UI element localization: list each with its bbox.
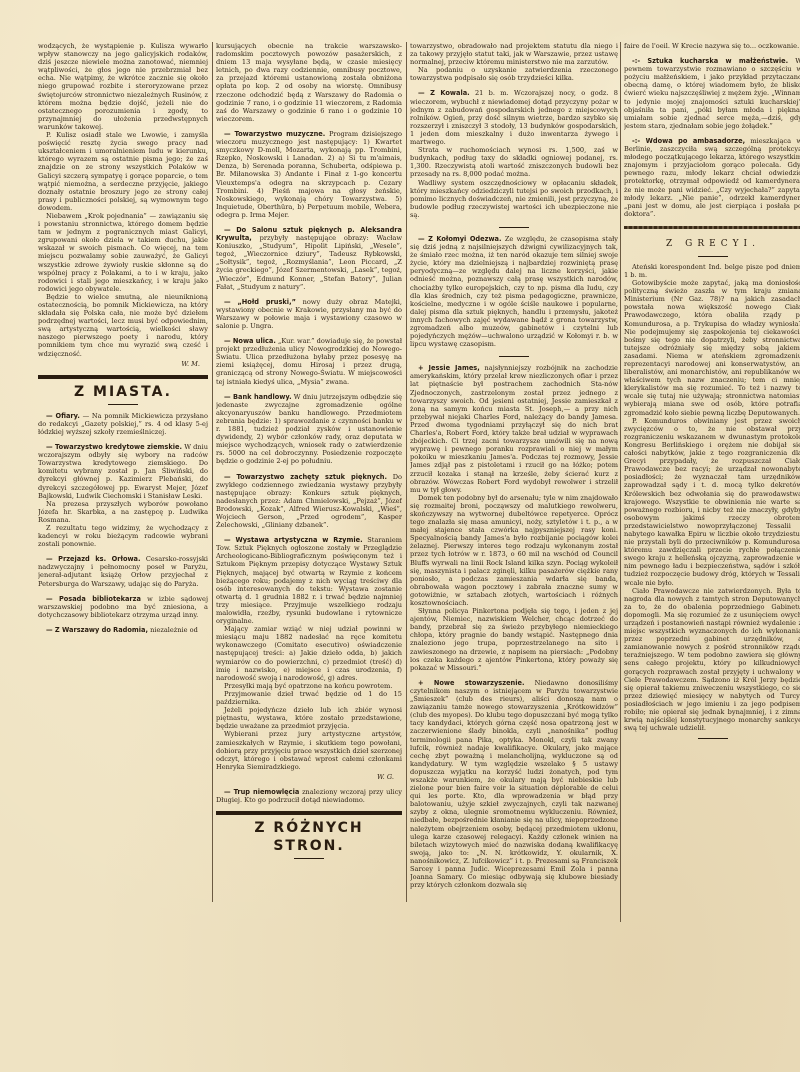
news-item-title: + Jessie James, xyxy=(418,364,480,372)
news-item: — Towarzystwo kredytowe ziemskie. W dniu… xyxy=(38,443,208,500)
news-item: — „Hołd pruski,” nowy duży obraz Matejki… xyxy=(216,298,402,330)
news-item-title: — Z Warszawy do Radomia, xyxy=(46,626,148,634)
news-item-text: niezależnie od xyxy=(150,626,198,634)
short-rule xyxy=(698,256,728,257)
section-title-z-grecyi: Z GRECYI. xyxy=(624,235,800,253)
news-item-title: — Trup niemowlęcia xyxy=(224,788,299,796)
news-item: — Ofiary. — Na pomnik Mickiewicza przysł… xyxy=(38,412,208,436)
news-item-text: najsłynniejszy rozbójnik na zachodzie am… xyxy=(410,364,618,493)
signature: W. G. xyxy=(216,773,402,781)
article-paragraph: P. Kulisz osiadł stale we Lwowie, i zamy… xyxy=(38,131,208,212)
news-item-text: przybyły następujące obrazy: Wacław Koni… xyxy=(216,234,402,291)
signature: W. M. xyxy=(38,360,208,368)
news-item-title: — Wystawa artystyczna w Rzymie. xyxy=(224,536,363,544)
news-item-title: — Towarzystwo zachęty sztuk pięknych. xyxy=(224,473,387,481)
short-rule xyxy=(499,227,529,228)
news-item: — Z Kołomyi Odezwa. Ze względu, że czaso… xyxy=(410,235,618,348)
news-item-continuation: Przesyłki mają być opatrzone na końcu po… xyxy=(216,682,402,690)
news-item: — Trup niemowlęcia znaleziony wczoraj pr… xyxy=(216,788,402,804)
news-item-continuation: Wadliwy system oszczędnościowy w opłacan… xyxy=(410,179,618,219)
news-item-title: — Z Kowala. xyxy=(418,89,470,97)
news-item-title: — Towarzystwo muzyczne. xyxy=(224,130,325,138)
short-rule xyxy=(499,356,529,357)
news-item: -:- Wdowa po ambasadorze, mieszkająca w … xyxy=(624,137,800,218)
article-paragraph: P. Komunduros obwiniany jest przez swoic… xyxy=(624,417,800,587)
news-item-text: mieszkająca w Berlinie, zaszczyciła swą … xyxy=(624,137,800,218)
news-item-continuation: Domek ten podobny był do arsenału; tyle … xyxy=(410,494,618,607)
column-4: faire de l'oeil. W Krecie nazywa się to.… xyxy=(624,42,800,922)
news-item-text: „Kur. war.” dowiaduje się, że powstał pr… xyxy=(216,337,402,385)
news-item: — Do Salonu sztuk pięknych p. Aleksandra… xyxy=(216,226,402,291)
news-item: + Jessie James, najsłynniejszy rozbójnik… xyxy=(410,364,618,494)
article-paragraph: Ciało Prawodawcze nie zatwierdzonych. By… xyxy=(624,587,800,733)
end-rule xyxy=(698,738,728,739)
news-item-text: 21 b. m. Wczorajszej nocy, o godz. 8 wie… xyxy=(410,89,618,146)
news-item-title: + Nowe stowarzyszenie. xyxy=(418,679,524,687)
news-item-continuation: Słynna policya Pinkertona podjęła się te… xyxy=(410,607,618,672)
news-item-title: — „Hołd pruski,” xyxy=(224,298,296,306)
article-paragraph: faire de l'oeil. W Krecie nazywa się to.… xyxy=(624,42,800,50)
column-1: wodzących, że wystąpienie p. Kulisza wyw… xyxy=(38,42,208,892)
news-item-title: — Bank handlowy. xyxy=(224,393,292,401)
news-item-title: — Z Kołomyi Odezwa. xyxy=(418,235,502,243)
newspaper-page: wodzących, że wystąpienie p. Kulisza wyw… xyxy=(0,0,800,1072)
section-rule xyxy=(216,811,402,815)
news-item-continuation: Z rezultatu tego widzimy, że wychodzący … xyxy=(38,524,208,548)
news-item-text: W pewnem towarzystwie rozmawiano o szczę… xyxy=(624,57,800,130)
news-item-continuation: Jeżeli pojedyńcze dzieło lub ich zbiór w… xyxy=(216,706,402,730)
section-rule xyxy=(38,375,208,379)
section-title-z-roznych-stron: Z RÓŻNYCH STRON. xyxy=(216,819,402,855)
news-item-title: — Towarzystwo kredytowe ziemskie. xyxy=(46,443,182,451)
article-paragraph: Niebawem „Krok pojednania” — zawiązaniu … xyxy=(38,212,208,293)
news-item-continuation: Wybierani przez jury artystyczne artystó… xyxy=(216,730,402,770)
news-item-text: W dniu jutrzejszym odbędzie się jedenast… xyxy=(216,393,402,466)
column-divider xyxy=(212,42,213,902)
news-item-text: Niedawno donosiliśmy czytelnikom naszym … xyxy=(410,679,618,889)
column-divider xyxy=(406,42,407,902)
column-3: towarzystwo, obradowało nad projektem st… xyxy=(410,42,618,897)
article-paragraph: towarzystwo, obradowało nad projektem st… xyxy=(410,42,618,66)
news-item-continuation: Mający zamiar wziąć w niej udział powinn… xyxy=(216,625,402,682)
news-item: — Przejazd ks. Orłowa. Cesarsko-rossyjsk… xyxy=(38,555,208,587)
news-item-continuation: Strata w ruchomościach wynosi rs. 1,500,… xyxy=(410,146,618,178)
article-paragraph: Gotowibyście może zapytać, jaką ma donio… xyxy=(624,279,800,417)
news-item-continuation: Na prezesa przyszłych wyborów powołano J… xyxy=(38,500,208,524)
short-rule xyxy=(294,858,324,859)
news-item-text: Ze względu, że czasopisma stały się dziś… xyxy=(410,235,618,348)
news-item: + Nowe stowarzyszenie. Niedawno donosili… xyxy=(410,679,618,889)
news-item: -:- Sztuka kucharska w małżeństwie. W pe… xyxy=(624,57,800,130)
news-item-title: — Nowa ulica. xyxy=(224,337,276,345)
news-item: — Z Kowala. 21 b. m. Wczorajszej nocy, o… xyxy=(410,89,618,146)
news-item-text: W dniu wczorajszym odbyły się wybory na … xyxy=(38,443,208,500)
article-paragraph: wodzących, że wystąpienie p. Kulisza wyw… xyxy=(38,42,208,131)
news-item: — Towarzystwo muzyczne. Program dzisiejs… xyxy=(216,130,402,219)
news-item-title: — Przejazd ks. Orłowa. xyxy=(46,555,141,563)
news-item: — Bank handlowy. W dniu jutrzejszym odbę… xyxy=(216,393,402,466)
news-item-text: Program dzisiejszego wieczoru muzycznego… xyxy=(216,130,402,219)
news-item: — Towarzystwo zachęty sztuk pięknych. Do… xyxy=(216,473,402,530)
news-item-title: — Posada bibliotekarza xyxy=(46,595,141,603)
section-title-z-miasta: Z MIASTA. xyxy=(38,383,208,401)
column-2: kursujących obecnie na trakcie warszawsk… xyxy=(216,42,402,862)
news-item-text: Do zwykłego codziennego zwiedzania wysta… xyxy=(216,473,402,530)
article-paragraph: kursujących obecnie na trakcie warszawsk… xyxy=(216,42,402,123)
news-item: — Z Warszawy do Radomia, niezależnie od xyxy=(38,626,208,634)
news-item: — Wystawa artystyczna w Rzymie. Staranie… xyxy=(216,536,402,625)
short-rule xyxy=(108,404,138,405)
article-paragraph: Będzie to wielce smutną, ale nieuniknion… xyxy=(38,293,208,358)
news-item: — Nowa ulica. „Kur. war.” dowiaduje się,… xyxy=(216,337,402,386)
news-item-title: -:- Wdowa po ambasadorze, xyxy=(632,137,745,145)
section-rule xyxy=(624,226,800,229)
news-item-title: — Ofiary. xyxy=(46,412,80,420)
news-item-text: Staraniem Tow. Sztuk Pięknych ogłoszone … xyxy=(216,536,402,625)
article-paragraph: Ateński korespondent Ind. belge pisze po… xyxy=(624,263,800,279)
article-paragraph: Na podaniu o uzyskanie zatwierdzenia rze… xyxy=(410,66,618,82)
news-item-title: -:- Sztuka kucharska w małżeństwie. xyxy=(632,57,788,65)
news-item-continuation: Przyjmowanie dzieł trwać będzie od 1 do … xyxy=(216,690,402,706)
news-item: — Posada bibliotekarza w izbie sądowej w… xyxy=(38,595,208,619)
column-divider xyxy=(620,42,621,922)
